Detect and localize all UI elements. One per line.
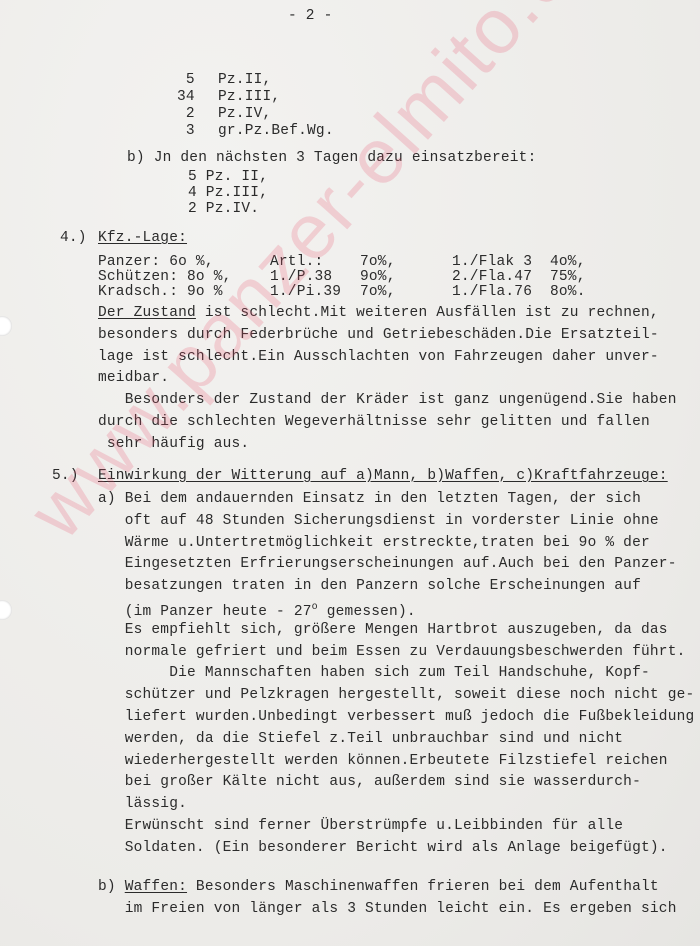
- paragraph-line: Besonders der Zustand der Kräder ist gan…: [98, 392, 677, 408]
- paragraph-line: bei großer Kälte nicht aus, außerdem sin…: [98, 774, 641, 790]
- kfz-cell: 8o%.: [550, 284, 586, 300]
- paragraph-line: lässig.: [98, 796, 187, 812]
- paragraph-line: werden, da die Stiefel z.Teil unbrauchba…: [98, 731, 623, 747]
- tank-type: Pz.IV,: [218, 106, 271, 122]
- paragraph-line: Es empfiehlt sich, größere Mengen Hartbr…: [98, 622, 668, 638]
- section-5-title: Einwirkung der Witterung auf a)Mann, b)W…: [98, 468, 668, 484]
- tank-item: 4 Pz.III,: [188, 185, 268, 201]
- paragraph-line: a) Bei dem andauernden Einsatz in den le…: [98, 491, 641, 507]
- paragraph-line: Wärme u.Untertretmöglichkeit erstreckte,…: [98, 535, 650, 551]
- paragraph-line: sehr häufig aus.: [98, 436, 249, 452]
- section-5-number: 5.): [52, 468, 79, 484]
- kfz-cell: Artl.:: [270, 254, 323, 270]
- punch-hole: [0, 600, 12, 620]
- kfz-cell: 1./Flak 3: [452, 254, 532, 270]
- kfz-cell: 7o%,: [360, 254, 396, 270]
- section-5b-line: b) Waffen: Besonders Maschinenwaffen fri…: [98, 879, 659, 895]
- kfz-cell: 2./Fla.47: [452, 269, 532, 285]
- tank-item: 2 Pz.IV.: [188, 201, 259, 217]
- section-5b-line: im Freien von länger als 3 Stunden leich…: [98, 901, 677, 917]
- kfz-cell: 1./Pi.39: [270, 284, 341, 300]
- paragraph-line: lage ist schlecht.Ein Ausschlachten von …: [98, 349, 659, 365]
- zustand-line: Der Zustand ist schlecht.Mit weiteren Au…: [98, 305, 659, 321]
- tank-count: 34: [177, 89, 195, 105]
- tank-type: Pz.II,: [218, 72, 271, 88]
- paragraph-line: Eingesetzten Erfrierungserscheinungen au…: [98, 556, 677, 572]
- zustand-label: Der Zustand: [98, 305, 196, 321]
- paragraph-line: besonders durch Federbrüche und Getriebe…: [98, 327, 659, 343]
- tank-item: 5 Pz. II,: [188, 169, 268, 185]
- section-4-title: Kfz.-Lage:: [98, 230, 187, 246]
- kfz-cell: 7o%,: [360, 284, 396, 300]
- paragraph-line: durch die schlechten Wegeverhältnisse se…: [98, 414, 650, 430]
- kfz-cell: 4o%,: [550, 254, 586, 270]
- punch-hole: [0, 316, 12, 336]
- paragraph-line: (im Panzer heute - 27o gemessen).: [98, 600, 416, 620]
- paragraph-line: besatzungen traten in den Panzern solche…: [98, 578, 641, 594]
- kfz-cell: Schützen: 8o %,: [98, 269, 232, 285]
- kfz-cell: 1./Fla.76: [452, 284, 532, 300]
- tank-count: 5: [177, 72, 195, 88]
- paragraph-line: Die Mannschaften haben sich zum Teil Han…: [98, 665, 650, 681]
- paragraph-line: Soldaten. (Ein besonderer Bericht wird a…: [98, 840, 668, 856]
- kfz-cell: Panzer: 6o %,: [98, 254, 214, 270]
- document-page: - 2 - 5Pz.II,34Pz.III, 2Pz.IV, 3gr.Pz.Be…: [0, 0, 700, 946]
- section-b-heading: b) Jn den nächsten 3 Tagen dazu einsatzb…: [127, 150, 536, 166]
- paragraph-line: meidbar.: [98, 370, 169, 386]
- kfz-cell: 75%,: [550, 269, 586, 285]
- paragraph-line: wiederhergestellt werden können.Erbeutet…: [98, 753, 668, 769]
- paragraph-line: liefert wurden.Unbedingt verbessert muß …: [98, 709, 694, 725]
- tank-type: gr.Pz.Bef.Wg.: [218, 123, 334, 139]
- paragraph-line: normale gefriert und beim Essen zu Verda…: [98, 644, 686, 660]
- section-4-number: 4.): [60, 230, 87, 246]
- paragraph-line: schützer und Pelzkragen hergestellt, sow…: [98, 687, 694, 703]
- kfz-cell: Kradsch.: 9o %: [98, 284, 223, 300]
- page-number: - 2 -: [288, 8, 333, 24]
- kfz-cell: 1./P.38: [270, 269, 332, 285]
- paragraph-line: oft auf 48 Stunden Sicherungsdienst in v…: [98, 513, 659, 529]
- tank-count: 3: [177, 123, 195, 139]
- tank-type: Pz.III,: [218, 89, 280, 105]
- tank-count: 2: [177, 106, 195, 122]
- waffen-label: Waffen:: [125, 879, 187, 895]
- paragraph-line: Erwünscht sind ferner Überstrümpfe u.Lei…: [98, 818, 623, 834]
- kfz-cell: 9o%,: [360, 269, 396, 285]
